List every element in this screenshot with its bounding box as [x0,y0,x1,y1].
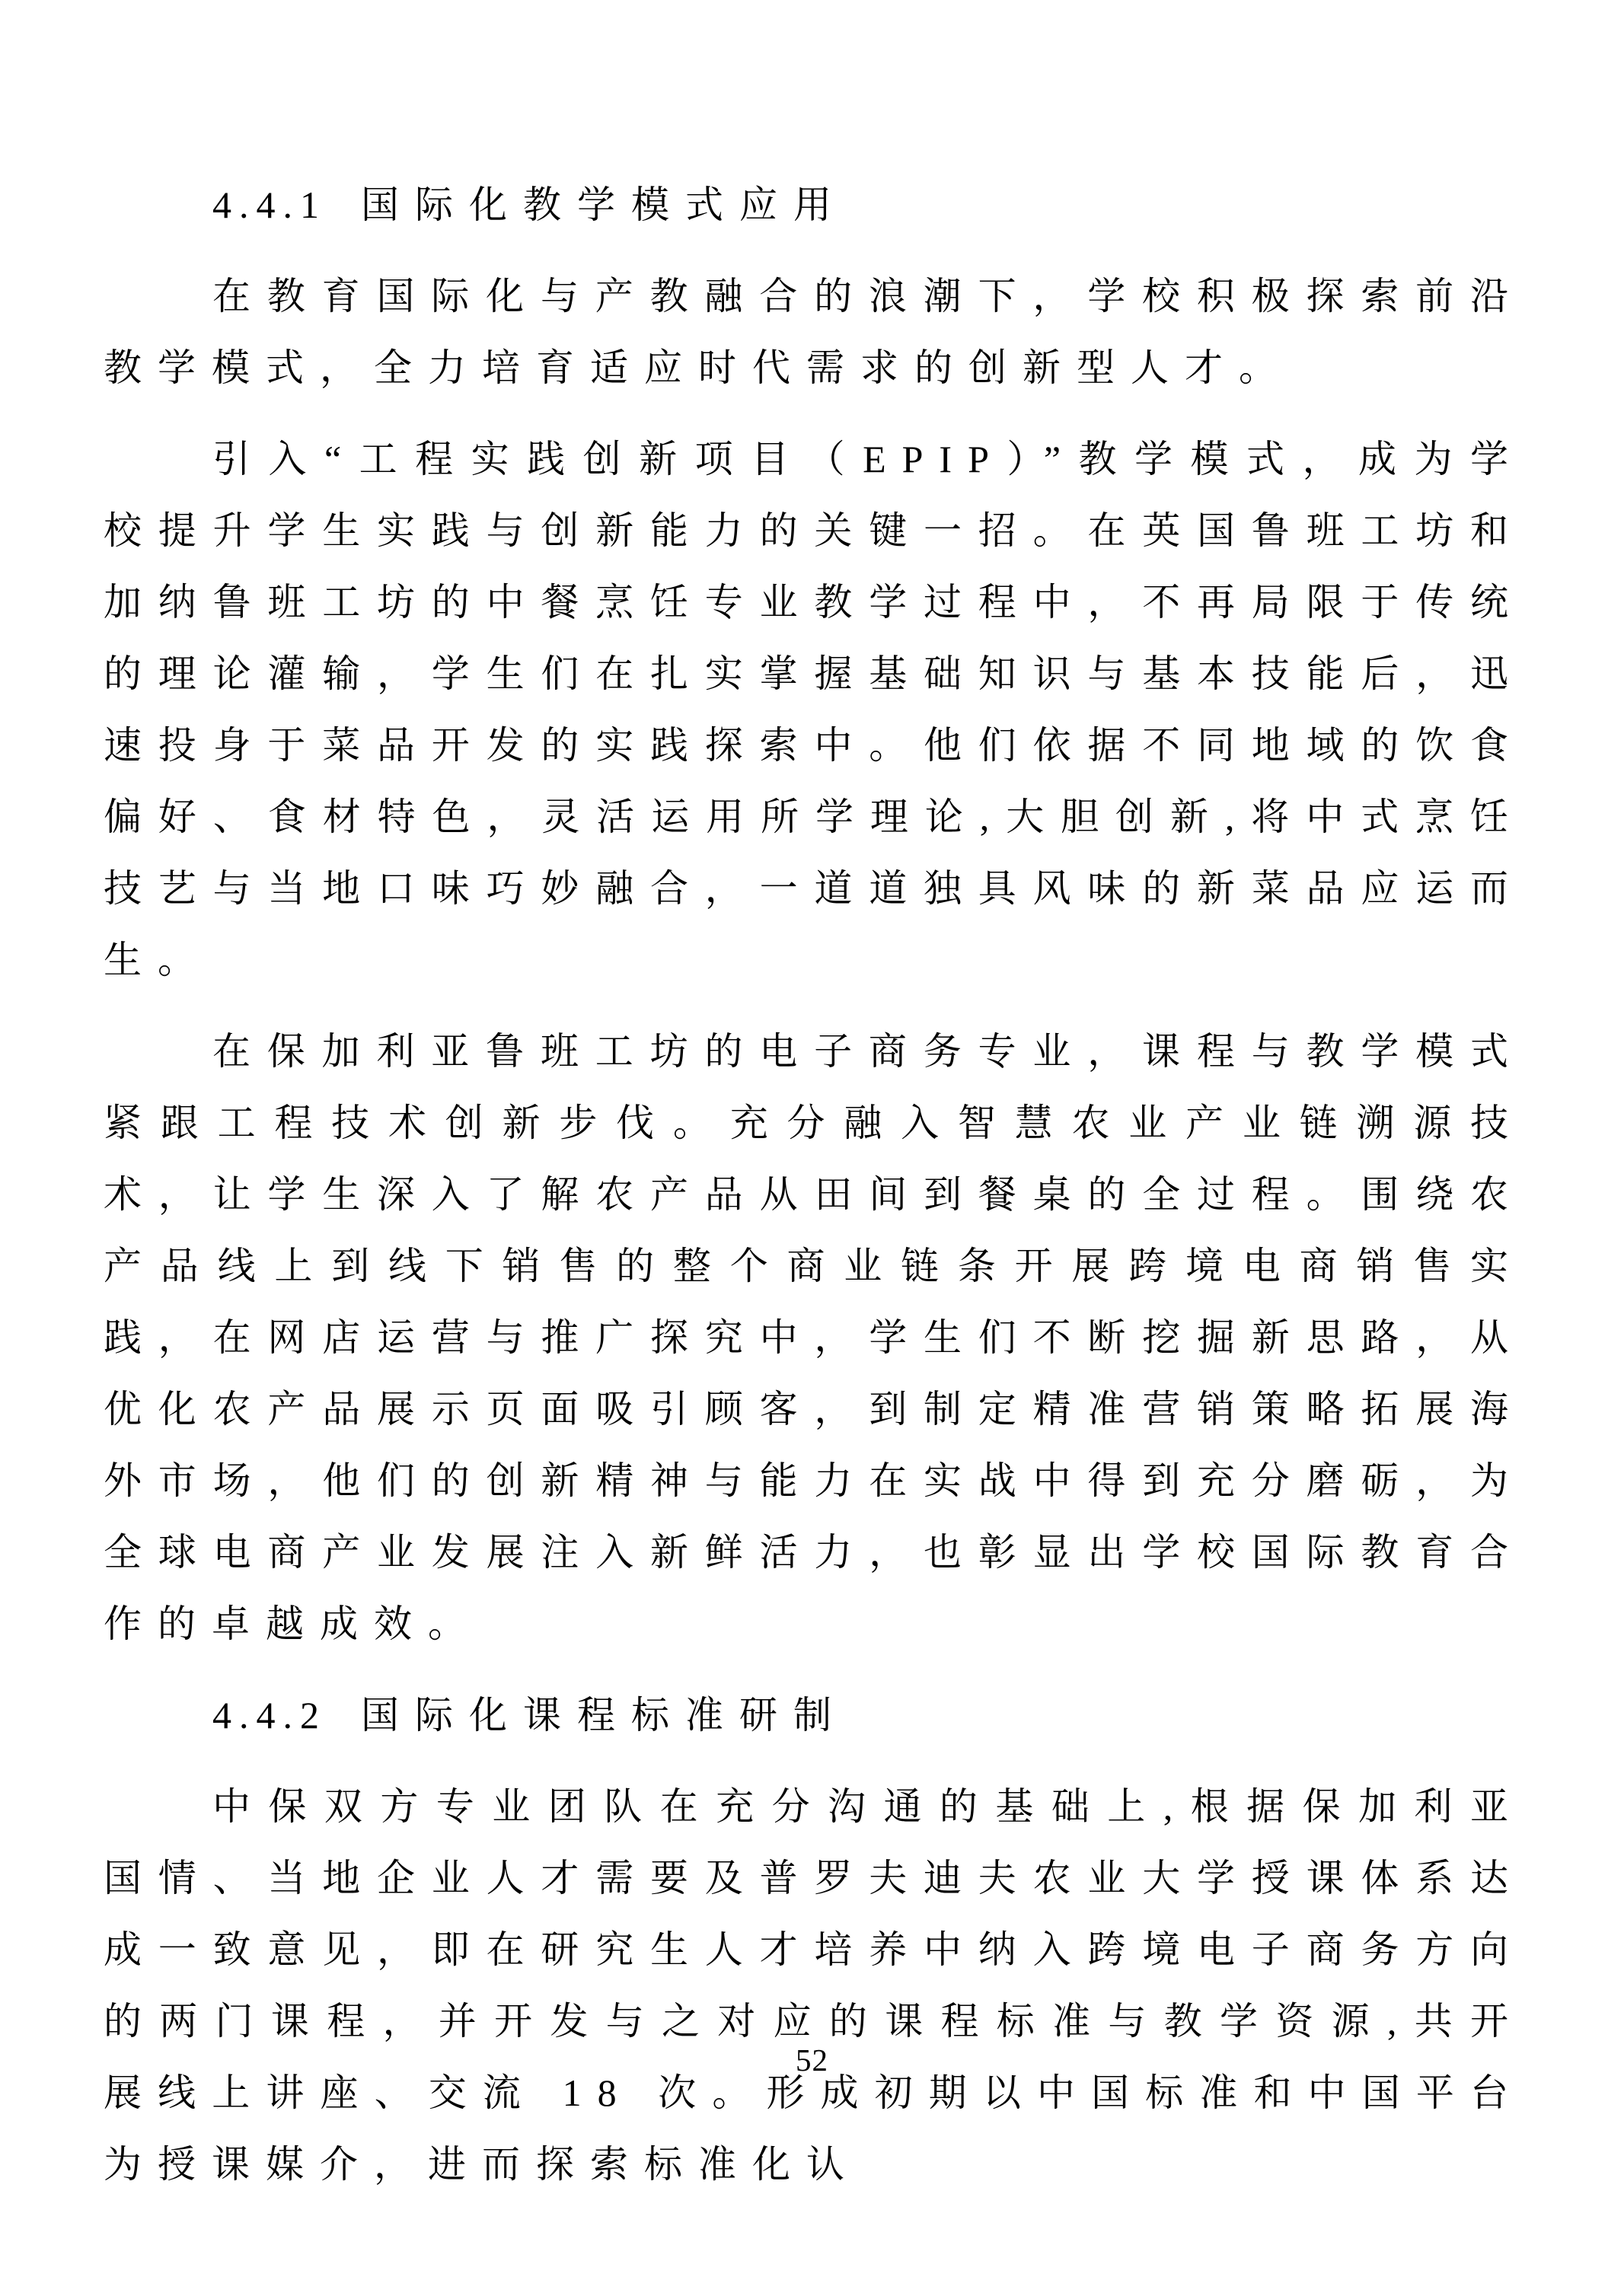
document-page: 4.4.1国际化教学模式应用 在教育国际化与产教融合的浪潮下，学校积极探索前沿教… [0,0,1624,2296]
section-heading-4-4-2: 4.4.2国际化课程标准研制 [104,1679,1524,1751]
section-heading-4-4-1: 4.4.1国际化教学模式应用 [104,169,1524,241]
paragraph: 引入“工程实践创新项目（EPIP）”教学模式，成为学校提升学生实践与创新能力的关… [104,423,1524,996]
section-title: 国际化课程标准研制 [361,1694,847,1736]
section-title: 国际化教学模式应用 [361,183,847,226]
paragraph: 中保双方专业团队在充分沟通的基础上,根据保加利亚国情、当地企业人才需要及普罗夫迪… [104,1771,1524,2200]
section-number: 4.4.1 [212,183,327,226]
section-number: 4.4.2 [212,1694,327,1736]
document-body: 4.4.1国际化教学模式应用 在教育国际化与产教融合的浪潮下，学校积极探索前沿教… [104,169,1524,2200]
paragraph: 在教育国际化与产教融合的浪潮下，学校积极探索前沿教学模式，全力培育适应时代需求的… [104,260,1524,403]
paragraph: 在保加利亚鲁班工坊的电子商务专业，课程与教学模式紧跟工程技术创新步伐。充分融入智… [104,1016,1524,1660]
page-number: 52 [0,2042,1624,2078]
